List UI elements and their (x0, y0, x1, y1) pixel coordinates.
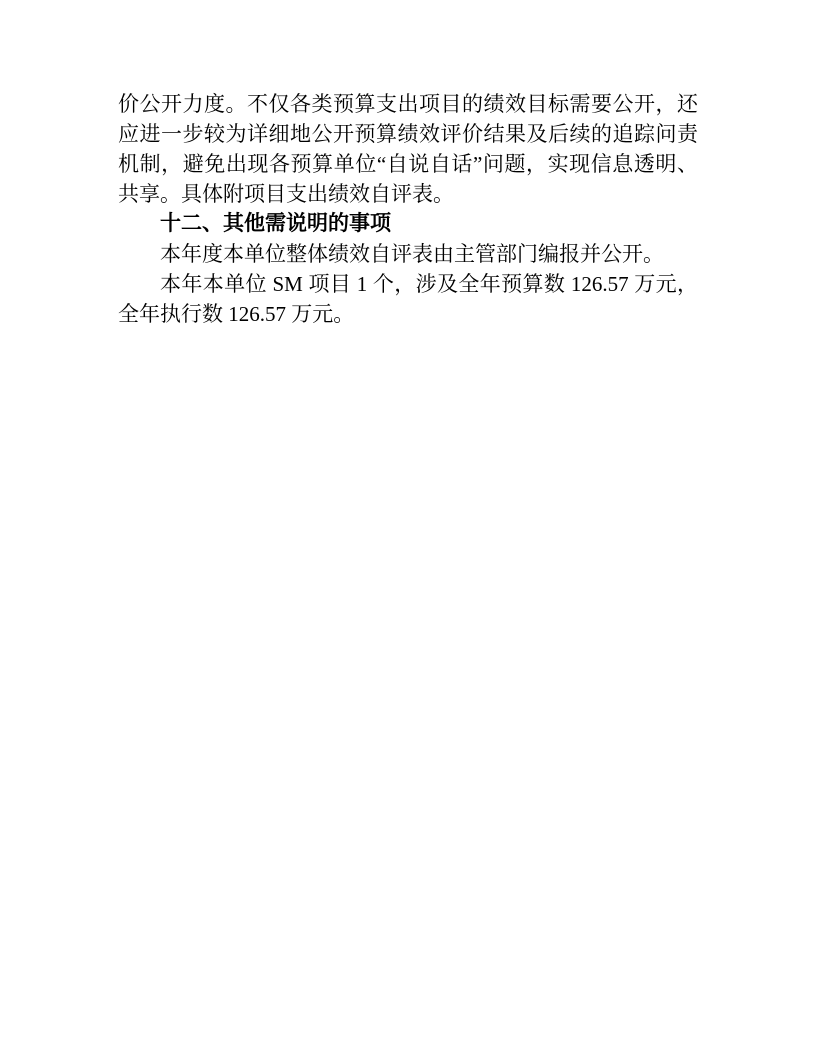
paragraph-continuation: 价公开力度。不仅各类预算支出项目的绩效目标需要公开，还应进一步较为详细地公开预算… (118, 89, 698, 209)
document-page: 价公开力度。不仅各类预算支出项目的绩效目标需要公开，还应进一步较为详细地公开预算… (0, 0, 816, 1056)
paragraph-sm-project: 本年本单位 SM 项目 1 个，涉及全年预算数 126.57 万元，全年执行数 … (118, 269, 698, 329)
section-heading: 十二、其他需说明的事项 (118, 209, 698, 239)
paragraph-self-eval: 本年度本单位整体绩效自评表由主管部门编报并公开。 (118, 239, 698, 269)
document-content: 价公开力度。不仅各类预算支出项目的绩效目标需要公开，还应进一步较为详细地公开预算… (118, 89, 698, 329)
